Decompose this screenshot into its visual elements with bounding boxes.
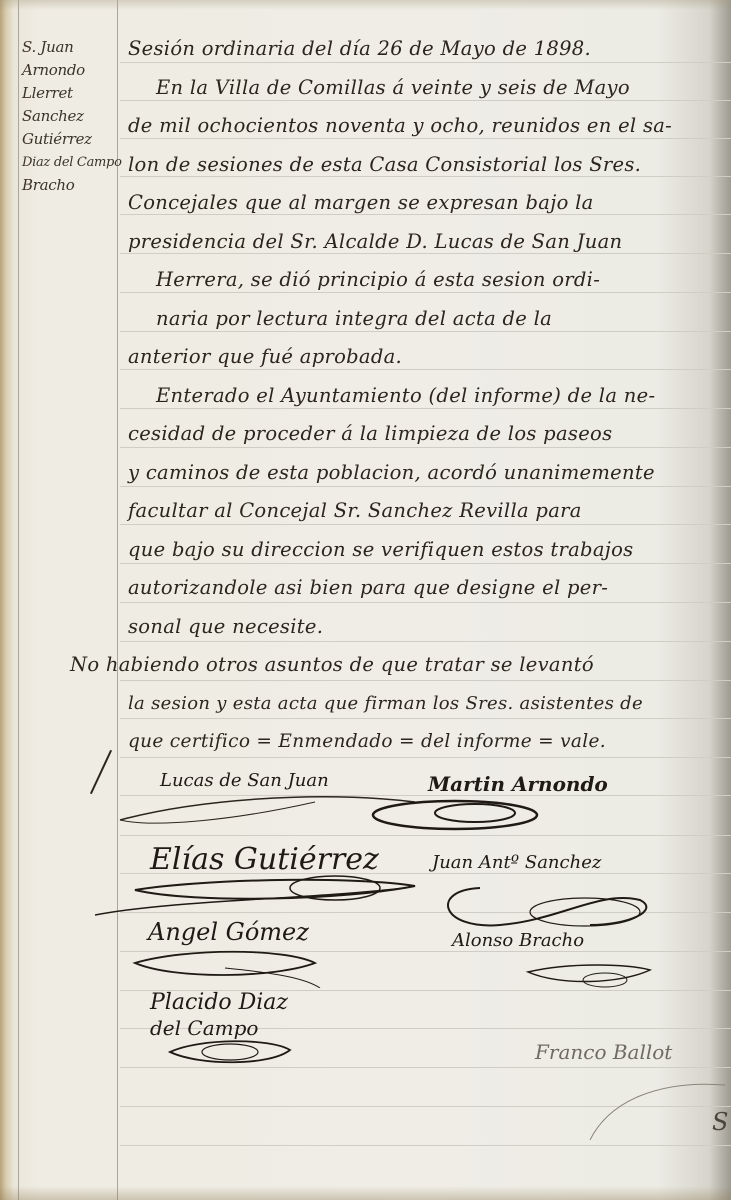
signature-flourish <box>560 1080 730 1150</box>
minutes-line: lon de sesiones de esta Casa Consistoria… <box>128 146 728 185</box>
manuscript-page: S. Juan Arnondo Llerret Sanchez Gutiérre… <box>0 0 731 1200</box>
signature-flourish <box>125 948 325 988</box>
minutes-line: de mil ochocientos noventa y ocho, reuni… <box>128 107 728 146</box>
minutes-line: y caminos de esta poblacion, acordó unan… <box>128 454 728 493</box>
margin-name: S. Juan <box>22 36 122 59</box>
minutes-line: la sesion y esta acta que firman los Sre… <box>128 685 728 724</box>
minutes-line: autorizandole asi bien para que designe … <box>128 569 728 608</box>
margin-name: Llerret <box>22 82 122 105</box>
minutes-line: cesidad de proceder á la limpieza de los… <box>128 415 728 454</box>
minutes-line: presidencia del Sr. Alcalde D. Lucas de … <box>128 223 728 262</box>
signature-angel-gomez: Angel Gómez <box>148 918 309 946</box>
minutes-line: anterior que fué aprobada. <box>128 338 728 377</box>
margin-name: Bracho <box>22 174 122 197</box>
minutes-line: que certifico = Enmendado = del informe … <box>128 723 728 762</box>
margin-name: Arnondo <box>22 59 122 82</box>
minutes-line: Concejales que al margen se expresan baj… <box>128 184 728 223</box>
signature-martin-arnondo: Martin Arnondo <box>428 772 608 796</box>
minutes-line: sonal que necesite. <box>128 608 728 647</box>
signature-francisco-ballot: Franco Ballot <box>535 1040 672 1064</box>
minutes-line: Herrera, se dió principio á esta sesion … <box>128 261 728 300</box>
minutes-line: No habiendo otros asuntos de que tratar … <box>70 646 728 685</box>
signature-lucas-de-san-juan: Lucas de San Juan <box>160 770 329 791</box>
minutes-body: Sesión ordinaria del día 26 de Mayo de 1… <box>128 30 728 762</box>
outer-margin-rule <box>18 0 19 1200</box>
signature-flourish <box>95 870 425 920</box>
minutes-line: que bajo su direccion se verifiquen esto… <box>128 531 728 570</box>
margin-name: Diaz del Campo <box>22 151 122 174</box>
minutes-line: Enterado el Ayuntamiento (del informe) d… <box>128 377 728 416</box>
signature-juan-antonio-sanchez: Juan Antº Sanchez <box>432 852 601 873</box>
session-heading: Sesión ordinaria del día 26 de Mayo de 1… <box>128 30 728 69</box>
margin-name: Gutiérrez <box>22 128 122 151</box>
signature-placido-diaz: Placido Diaz <box>150 990 288 1015</box>
signature-flourish <box>365 795 545 835</box>
margin-attendee-list: S. Juan Arnondo Llerret Sanchez Gutiérre… <box>22 36 122 197</box>
signature-flourish <box>160 1038 300 1068</box>
ruled-line <box>120 835 731 836</box>
minutes-line: En la Villa de Comillas á veinte y seis … <box>128 69 728 108</box>
signature-alonso-bracho: Alonso Bracho <box>452 930 584 951</box>
pen-stroke-mark <box>90 750 112 794</box>
signature-flourish <box>520 962 660 992</box>
signature-del-campo: del Campo <box>150 1016 258 1040</box>
minutes-line: facultar al Concejal Sr. Sanchez Revilla… <box>128 492 728 531</box>
cutoff-signature-fragment: S <box>712 1108 728 1136</box>
minutes-line: naria por lectura integra del acta de la <box>128 300 728 339</box>
margin-name: Sanchez <box>22 105 122 128</box>
